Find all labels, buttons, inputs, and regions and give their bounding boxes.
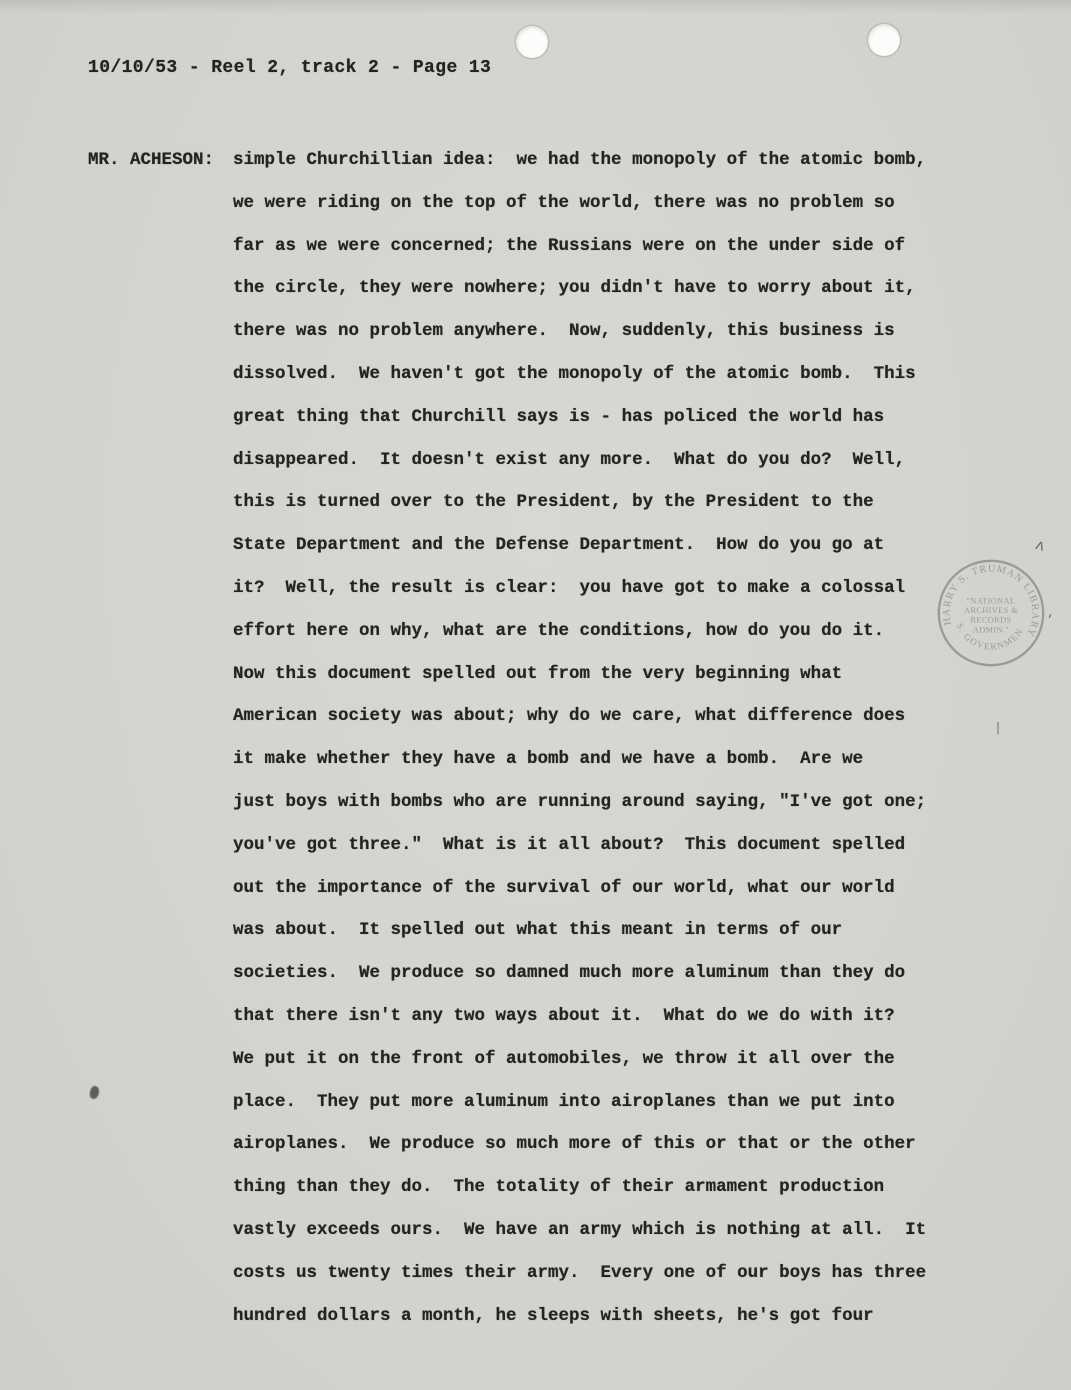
- transcript-line: effort here on why, what are the conditi…: [233, 621, 993, 664]
- stray-tick-mark: |: [996, 720, 1000, 734]
- transcript-line: costs us twenty times their army. Every …: [233, 1263, 993, 1306]
- transcript-line: Now this document spelled out from the v…: [233, 664, 993, 707]
- hole-punch-right: [868, 24, 900, 56]
- transcript-line: was about. It spelled out what this mean…: [233, 920, 993, 963]
- scan-edge-shadow: [0, 0, 1071, 14]
- transcript-line: far as we were concerned; the Russians w…: [233, 236, 993, 279]
- transcript-line: just boys with bombs who are running aro…: [233, 792, 993, 835]
- transcript-line: great thing that Churchill says is - has…: [233, 407, 993, 450]
- transcript-line: that there isn't any two ways about it. …: [233, 1006, 993, 1049]
- hole-punch-left: [516, 26, 548, 58]
- document-page: 10/10/53 - Reel 2, track 2 - Page 13 MR.…: [0, 0, 1071, 1390]
- transcript-line: We put it on the front of automobiles, w…: [233, 1049, 993, 1092]
- stamp-center-line-4: ADMIN.": [973, 625, 1009, 634]
- stamp-center-line-2: ARCHIVES &: [964, 606, 1018, 615]
- transcript-line: disappeared. It doesn't exist any more. …: [233, 450, 993, 493]
- pen-mark: ʌ: [1033, 535, 1047, 555]
- transcript-line: it make whether they have a bomb and we …: [233, 749, 993, 792]
- transcript-line: American society was about; why do we ca…: [233, 706, 993, 749]
- speaker-label: MR. ACHESON:: [88, 150, 214, 170]
- transcript-line: airoplanes. We produce so much more of t…: [233, 1134, 993, 1177]
- stamp-center-line-1: "NATIONAL: [967, 596, 1016, 605]
- stamp-center-line-3: RECORDS: [971, 616, 1012, 625]
- transcript-line: out the importance of the survival of ou…: [233, 878, 993, 921]
- transcript-line: vastly exceeds ours. We have an army whi…: [233, 1220, 993, 1263]
- transcript-line: this is turned over to the President, by…: [233, 492, 993, 535]
- transcript-line: societies. We produce so damned much mor…: [233, 963, 993, 1006]
- transcript-line: place. They put more aluminum into airop…: [233, 1092, 993, 1135]
- transcript-line: you've got three." What is it all about?…: [233, 835, 993, 878]
- ink-smudge: [89, 1085, 101, 1100]
- transcript-line: State Department and the Defense Departm…: [233, 535, 993, 578]
- transcript-body: simple Churchillian idea: we had the mon…: [233, 150, 993, 1348]
- transcript-line: the circle, they were nowhere; you didn'…: [233, 278, 993, 321]
- transcript-line: dissolved. We haven't got the monopoly o…: [233, 364, 993, 407]
- transcript-line: simple Churchillian idea: we had the mon…: [233, 150, 993, 193]
- stray-comma-mark: ,: [1048, 604, 1052, 620]
- transcript-line: there was no problem anywhere. Now, sudd…: [233, 321, 993, 364]
- transcript-line: we were riding on the top of the world, …: [233, 193, 993, 236]
- transcript-line: hundred dollars a month, he sleeps with …: [233, 1306, 993, 1349]
- transcript-line: it? Well, the result is clear: you have …: [233, 578, 993, 621]
- page-header: 10/10/53 - Reel 2, track 2 - Page 13: [88, 58, 491, 78]
- archives-stamp: HARRY S. TRUMAN LIBRARY U.S. GOVERNMENT …: [925, 547, 1056, 678]
- transcript-line: thing than they do. The totality of thei…: [233, 1177, 993, 1220]
